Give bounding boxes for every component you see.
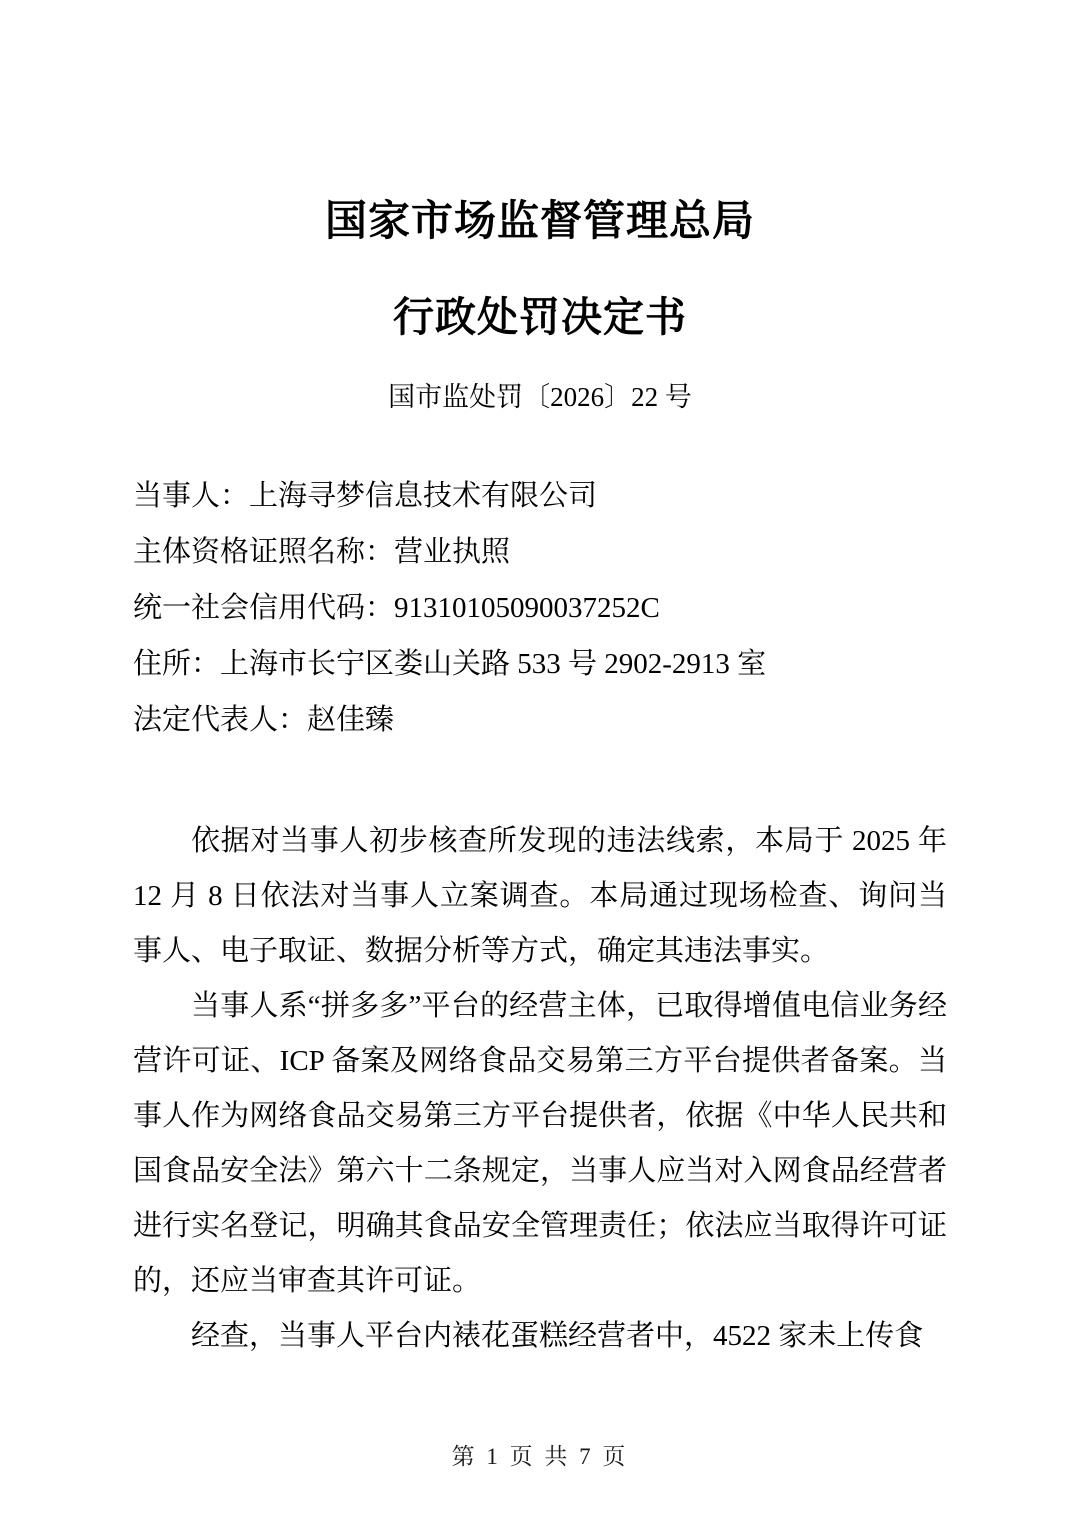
- document-page: 国家市场监督管理总局 行政处罚决定书 国市监处罚〔2026〕22 号 当事人：上…: [0, 0, 1080, 1527]
- document-subtitle: 行政处罚决定书: [133, 294, 947, 341]
- party-value: 91310105090037252C: [394, 592, 660, 624]
- party-label: 法定代表人：: [133, 704, 307, 736]
- document-body: 依据对当事人初步核查所发现的违法线索，本局于 2025 年 12 月 8 日依法…: [133, 814, 947, 1364]
- party-row-legal-representative: 法定代表人：赵佳臻: [133, 692, 947, 748]
- party-row-credit-code: 统一社会信用代码：91310105090037252C: [133, 580, 947, 636]
- party-row-address: 住所：上海市长宁区娄山关路 533 号 2902-2913 室: [133, 636, 947, 692]
- party-label: 统一社会信用代码：: [133, 592, 394, 624]
- body-paragraph-platform-obligations: 当事人系“拼多多”平台的经营主体，已取得增值电信业务经营许可证、ICP 备案及网…: [133, 979, 947, 1309]
- party-label: 住所：: [133, 648, 220, 680]
- body-paragraph-findings: 经查，当事人平台内裱花蛋糕经营者中，4522 家未上传食: [133, 1309, 947, 1364]
- party-value: 上海市长宁区娄山关路 533 号 2902-2913 室: [220, 648, 766, 680]
- body-paragraph-investigation: 依据对当事人初步核查所发现的违法线索，本局于 2025 年 12 月 8 日依法…: [133, 814, 947, 979]
- party-row-name: 当事人：上海寻梦信息技术有限公司: [133, 468, 947, 524]
- party-label: 主体资格证照名称：: [133, 536, 394, 568]
- party-label: 当事人：: [133, 480, 249, 512]
- party-info-section: 当事人：上海寻梦信息技术有限公司 主体资格证照名称：营业执照 统一社会信用代码：…: [133, 468, 947, 748]
- page-number-footer: 第 1 页 共 7 页: [0, 1438, 1080, 1471]
- party-value: 赵佳臻: [307, 704, 394, 736]
- party-value: 上海寻梦信息技术有限公司: [249, 480, 597, 512]
- document-title: 国家市场监督管理总局: [133, 198, 947, 246]
- party-value: 营业执照: [394, 536, 510, 568]
- party-row-license-type: 主体资格证照名称：营业执照: [133, 524, 947, 580]
- document-number: 国市监处罚〔2026〕22 号: [133, 381, 947, 413]
